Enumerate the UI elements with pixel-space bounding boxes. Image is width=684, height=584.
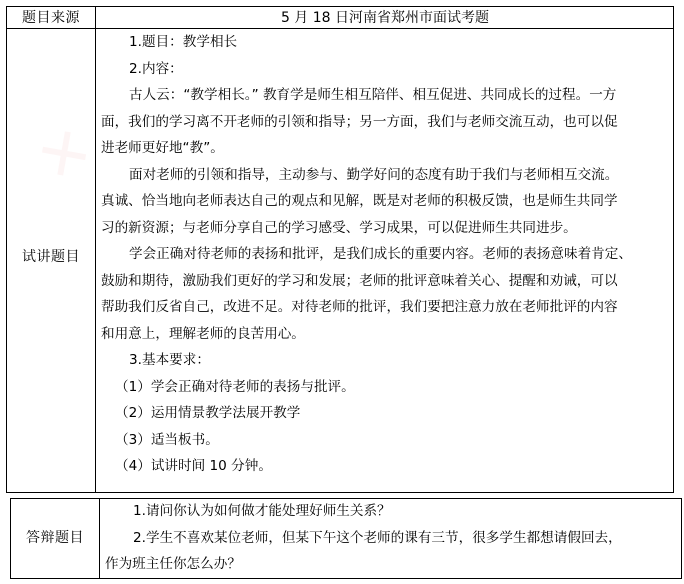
- content-line: 真诚、恰当地向老师表达自己的观点和见解，既是对老师的积极反馈，也是师生共同学: [101, 188, 632, 215]
- defense-content: 1.请问你认为如何做才能处理好师生关系？2.学生不喜欢某位老师，但某下午这个老师…: [105, 498, 622, 578]
- source-title: 5 月 18 日河南省郑州市面试考题: [97, 7, 673, 29]
- trial-lecture-label: 试讲题目: [7, 246, 95, 266]
- content-line: 面对老师的引领和指导，主动参与、勤学好问的态度有助于我们与老师相互交流。: [101, 162, 632, 189]
- content-line: 进老师更好地“教”。: [101, 135, 632, 162]
- content-line: 和用意上，理解老师的良苦用心。: [101, 321, 632, 348]
- content-line: 鼓励和期待，激励我们更好的学习和发展；老师的批评意味着关心、提醒和劝诫，可以: [101, 268, 632, 295]
- column-divider: [99, 499, 100, 578]
- content-line: （1）学会正确对待老师的表扬与批评。: [101, 374, 632, 401]
- content-line: （3）适当板书。: [101, 427, 632, 454]
- trial-lecture-table: 题目来源 5 月 18 日河南省郑州市面试考题 试讲题目 1.题目：教学相长2.…: [6, 6, 674, 493]
- content-line: 习的新资源；与老师分享自己的学习感受、学习成果，可以促进师生共同进步。: [101, 215, 632, 242]
- defense-label: 答辩题目: [11, 527, 99, 547]
- content-line: 2.学生不喜欢某位老师，但某下午这个老师的课有三节，很多学生都想请假回去，: [105, 525, 622, 552]
- content-line: 1.题目：教学相长: [101, 29, 632, 56]
- content-line: 1.请问你认为如何做才能处理好师生关系？: [105, 498, 622, 525]
- source-label: 题目来源: [7, 7, 95, 29]
- content-line: 作为班主任你怎么办？: [105, 551, 622, 578]
- content-line: 帮助我们反省自己，改进不足。对待老师的批评，我们要把注意力放在老师批评的内容: [101, 294, 632, 321]
- column-divider: [95, 7, 96, 492]
- content-line: 学会正确对待老师的表扬和批评，是我们成长的重要内容。老师的表扬意味着肯定、: [101, 241, 632, 268]
- defense-table: 答辩题目 1.请问你认为如何做才能处理好师生关系？2.学生不喜欢某位老师，但某下…: [10, 498, 682, 579]
- content-line: 2.内容：: [101, 56, 632, 83]
- content-line: 3.基本要求：: [101, 347, 632, 374]
- content-line: （4）试讲时间 10 分钟。: [101, 453, 632, 480]
- content-line: 面，我们的学习离不开老师的引领和指导；另一方面，我们与老师交流互动，也可以促: [101, 109, 632, 136]
- trial-lecture-content: 1.题目：教学相长2.内容：古人云：“教学相长。” 教育学是师生相互陪伴、相互促…: [101, 29, 632, 480]
- content-line: （2）运用情景教学法展开教学: [101, 400, 632, 427]
- content-line: 古人云：“教学相长。” 教育学是师生相互陪伴、相互促进、共同成长的过程。一方: [101, 82, 632, 109]
